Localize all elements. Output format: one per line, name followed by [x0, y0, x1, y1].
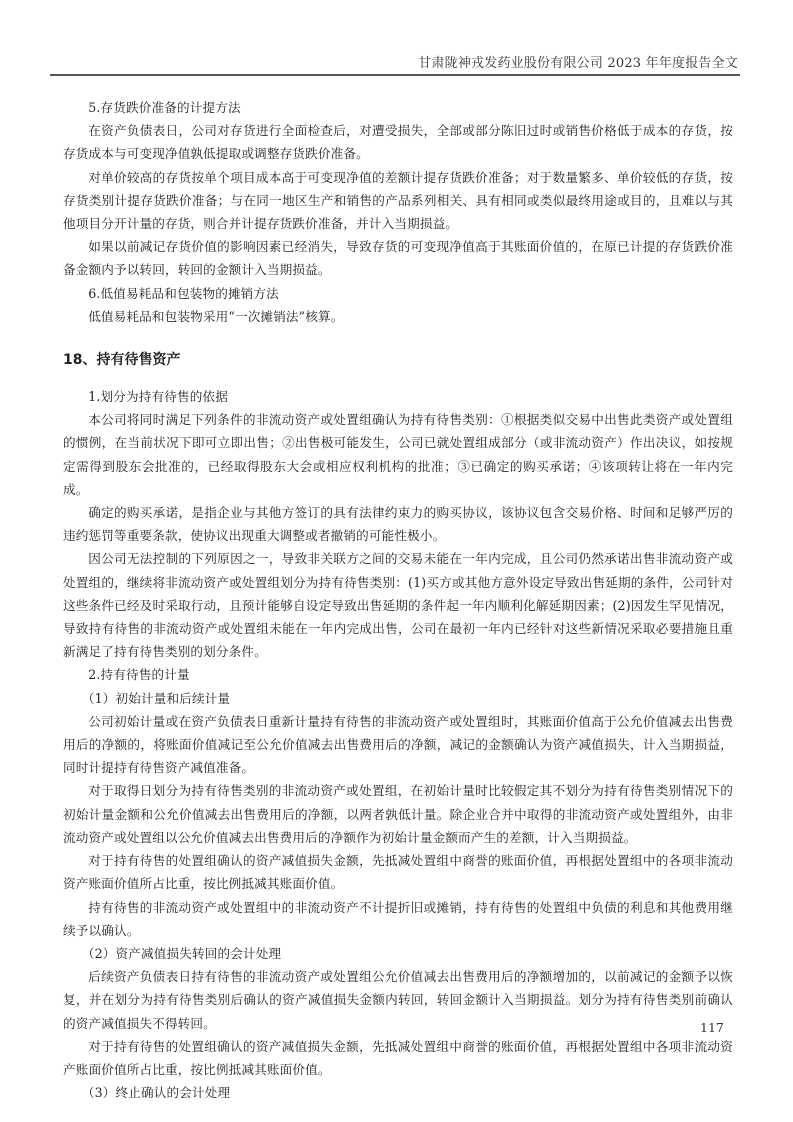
- report-title: 甘肃陇神戎发药业股份有限公司 2023 年年度报告全文: [418, 52, 738, 71]
- page-content: 5.存货跌价准备的计提方法 在资产负债表日，公司对存货进行全面检查后，对遭受损失…: [63, 96, 733, 1104]
- paragraph: 对于取得日划分为持有待售类别的非流动资产或处置组，在初始计量时比较假定其不划分为…: [63, 779, 733, 849]
- subheading-impairment-reversal: （2）资产减值损失转回的会计处理: [63, 942, 733, 965]
- section-title-held-for-sale: 18、持有待售资产: [63, 349, 733, 371]
- paragraph: 后续资产负债表日持有待售的非流动资产或处置组公允价值减去出售费用后的净额增加的，…: [63, 965, 733, 1035]
- page-number: 117: [700, 1020, 724, 1035]
- paragraph: 持有待售的非流动资产或处置组中的非流动资产不计提折旧或摊销，持有待售的处置组中负…: [63, 896, 733, 942]
- subheading-measurement: 2.持有待售的计量: [63, 663, 733, 686]
- paragraph: 因公司无法控制的下列原因之一，导致非关联方之间的交易未能在一年内完成，且公司仍然…: [63, 547, 733, 663]
- subheading-inventory-impairment: 5.存货跌价准备的计提方法: [63, 96, 733, 119]
- paragraph: 确定的购买承诺，是指企业与其他方签订的具有法律约束力的购买协议，该协议包含交易价…: [63, 501, 733, 547]
- paragraph: 对于持有待售的处置组确认的资产减值损失金额，先抵减处置组中商誉的账面价值，再根据…: [63, 849, 733, 895]
- paragraph: 本公司将同时满足下列条件的非流动资产或处置组确认为持有待售类别：①根据类似交易中…: [63, 408, 733, 501]
- subheading-classification-basis: 1.划分为持有待售的依据: [63, 385, 733, 408]
- paragraph: 低值易耗品和包装物采用“一次摊销法”核算。: [63, 305, 733, 328]
- subheading-initial-measurement: （1）初始计量和后续计量: [63, 687, 733, 710]
- paragraph: 如果以前减记存货价值的影响因素已经消失，导致存货的可变现净值高于其账面价值的，在…: [63, 235, 733, 281]
- subheading-derecognition: （3）终止确认的会计处理: [63, 1081, 733, 1104]
- subheading-low-value-consumables: 6.低值易耗品和包装物的摊销方法: [63, 282, 733, 305]
- page-header: 甘肃陇神戎发药业股份有限公司 2023 年年度报告全文: [50, 52, 740, 76]
- paragraph: 对单价较高的存货按单个项目成本高于可变现净值的差额计提存货跌价准备；对于数量繁多…: [63, 166, 733, 236]
- paragraph: 对于持有待售的处置组确认的资产减值损失金额，先抵减处置组中商誉的账面价值，再根据…: [63, 1035, 733, 1081]
- paragraph: 在资产负债表日，公司对存货进行全面检查后，对遭受损失，全部或部分陈旧过时或销售价…: [63, 119, 733, 165]
- paragraph: 公司初始计量或在资产负债表日重新计量持有待售的非流动资产或处置组时，其账面价值高…: [63, 710, 733, 780]
